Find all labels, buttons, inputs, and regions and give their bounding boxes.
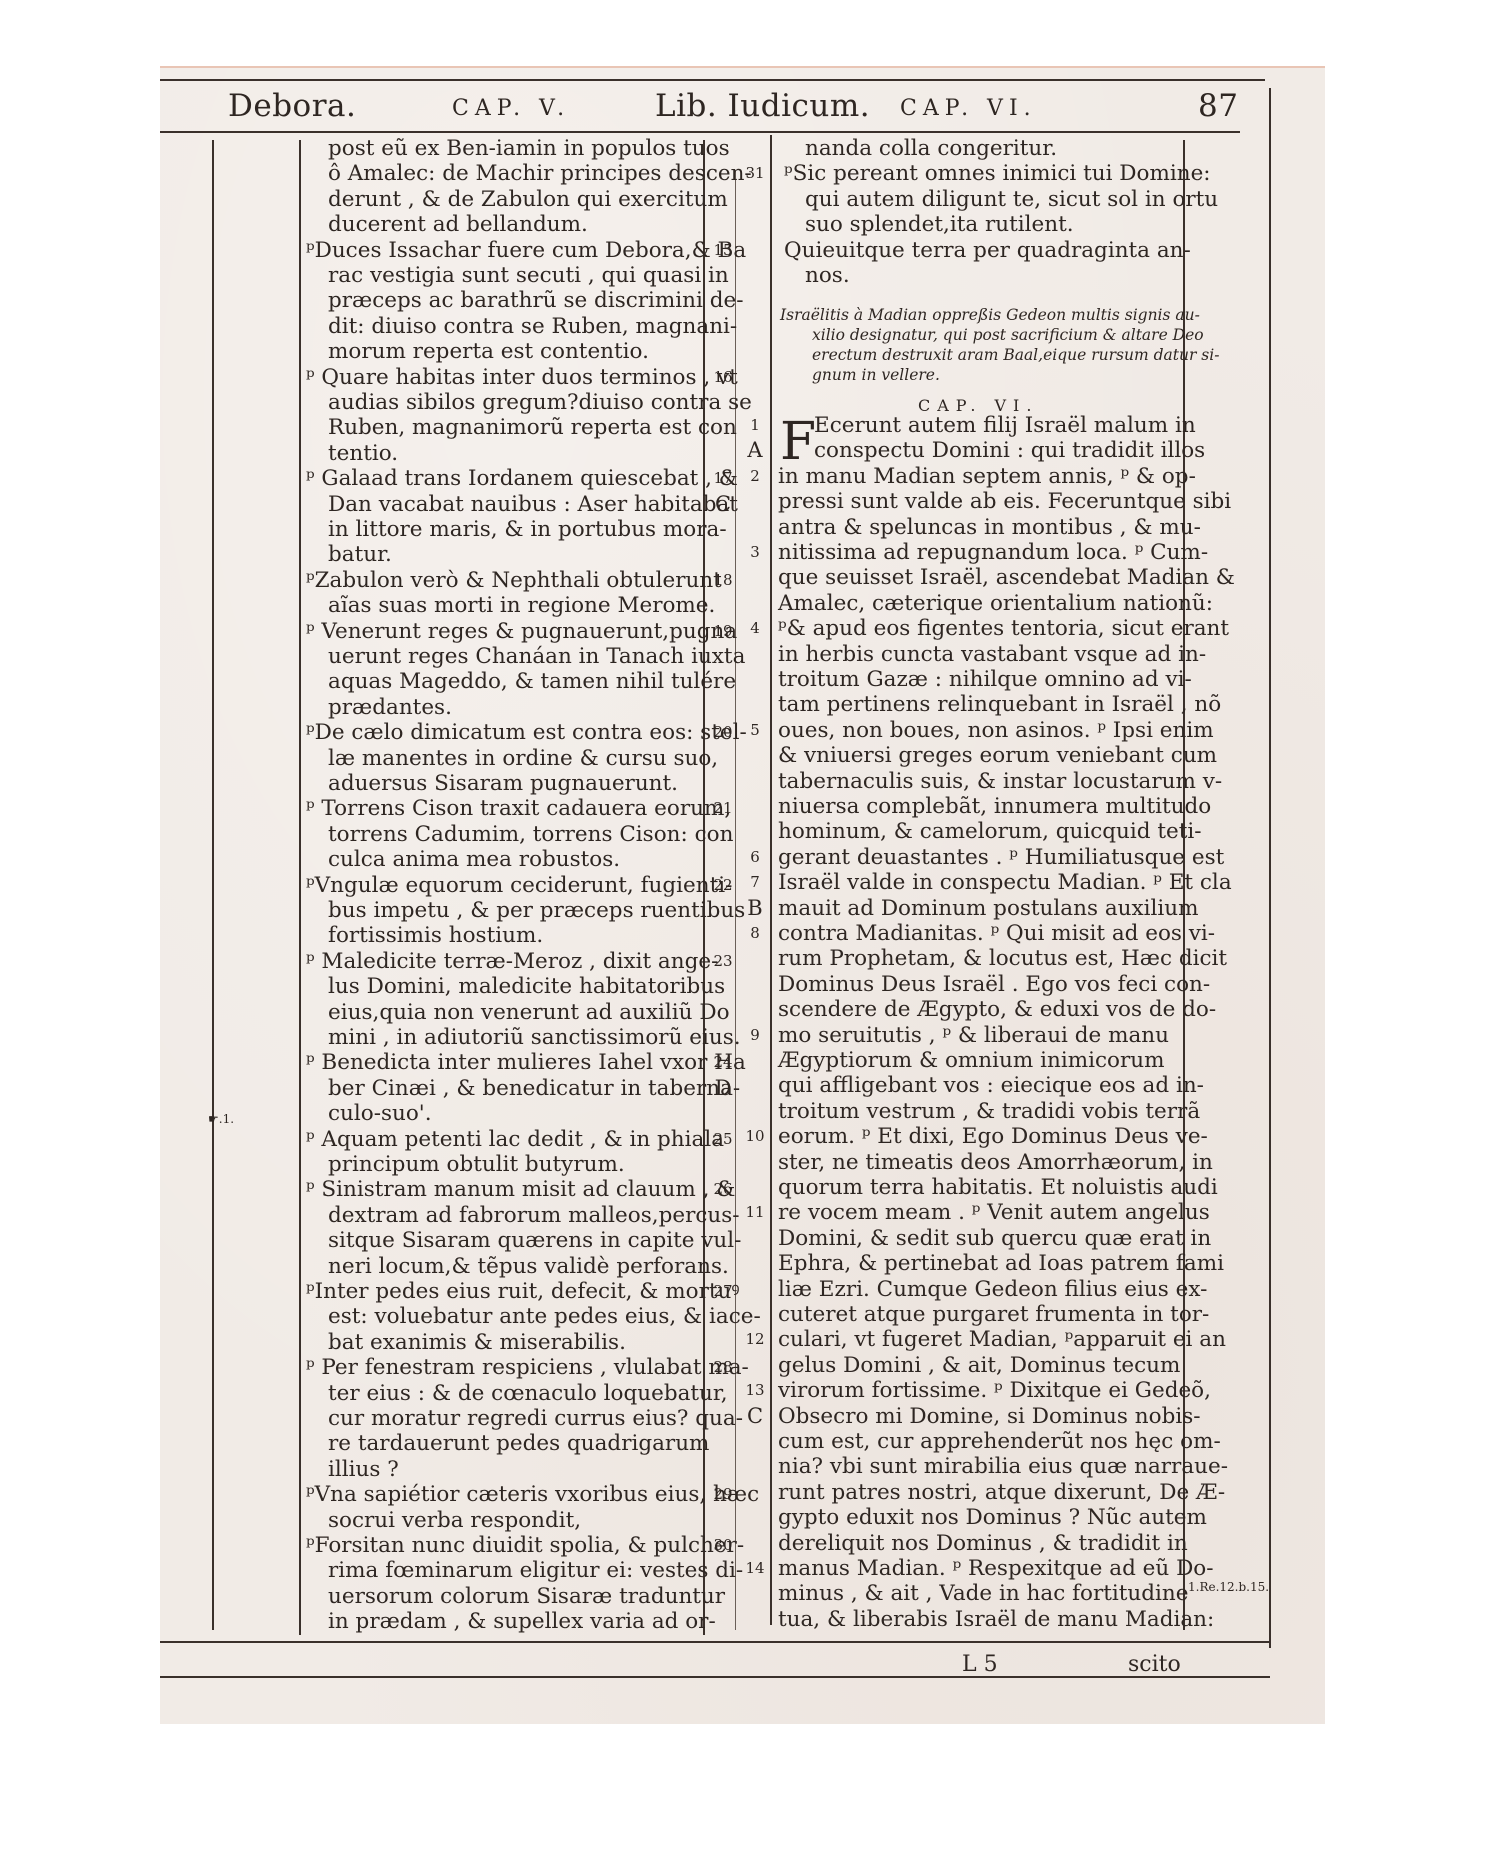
margin-note-left: ☛.1. (208, 1112, 234, 1126)
text-line: ᵖ Sinistram manum misit ad clauum , & (306, 1177, 735, 1202)
text-line: Ægyptiorum & omnium inimicorum (778, 1048, 1164, 1073)
text-line: antra & speluncas in montibus , & mu- (778, 515, 1201, 540)
text-line: post eũ ex Ben-iamin in populos tuos (328, 136, 730, 161)
text-line: ber Cinæi , & benedicatur in taberna- (328, 1076, 740, 1101)
text-line: qui affligebant vos : eiecique eos ad in… (778, 1073, 1204, 1098)
verse-number: 18 (708, 568, 738, 593)
text-line: tabernaculis suis, & instar locustarum v… (778, 769, 1222, 794)
text-line: ᵖ Quare habitas inter duos terminos , vt (306, 365, 738, 390)
text-line: Dominus Deus Israël . Ego vos feci con- (778, 972, 1210, 997)
text-line: morum reperta est contentio. (328, 339, 649, 364)
text-line: nia? vbi sunt mirabilia eius quæ narraue… (778, 1454, 1228, 1479)
text-line: rima fœminarum eligitur ei: vestes di- (328, 1558, 743, 1583)
text-line: minus , & ait , Vade in hac fortitudine (778, 1581, 1188, 1606)
text-line: runt patres nostri, atque dixerunt, De Æ… (778, 1480, 1225, 1505)
text-line: Dan vacabat nauibus : Aser habitabat (328, 492, 738, 517)
summary-line: Israëlitis à Madian oppreßis Gedeon mult… (780, 305, 1200, 325)
verse-number: 5 (740, 718, 770, 743)
text-line: derunt , & de Zabulon qui exercitum (328, 187, 728, 212)
text-line: ᵖ Benedicta inter mulieres Iahel vxor Ha (306, 1050, 746, 1075)
verse-number: 16 (708, 365, 738, 390)
text-line: Quieuitque terra per quadraginta an- (784, 238, 1191, 263)
verse-number: C (708, 492, 738, 517)
text-line: culo-suo'. (328, 1101, 432, 1126)
text-line: nitissima ad repugnandum loca. ᵖ Cum- (778, 540, 1208, 565)
verse-number: 1 (740, 413, 770, 438)
text-line: ᵖ Per fenestram respiciens , vlulabat ma… (306, 1355, 749, 1380)
text-line: troitum Gazæ : nihilque omnino ad vi- (778, 667, 1192, 692)
verse-number: 2 (740, 464, 770, 489)
text-line: re tardauerunt pedes quadrigarum (328, 1431, 709, 1456)
text-line: troitum vestrum , & tradidi vobis terrã (778, 1099, 1200, 1124)
text-line: gerant deuastantes . ᵖ Humiliatusque est (778, 845, 1224, 870)
text-line: est: voluebatur ante pedes eius, & iace- (328, 1304, 761, 1329)
summary-line: xilio designatur, qui post sacrificium &… (812, 325, 1204, 345)
text-line: aĩas suas morti in regione Merome. (328, 593, 715, 618)
verse-number: 9 (740, 1023, 770, 1048)
verse-number: 8 (740, 921, 770, 946)
running-head: Debora. CAP. V. Lib. Iudicum. CAP. VI. 8… (0, 88, 1500, 126)
text-line: eorum. ᵖ Et dixi, Ego Dominus Deus ve- (778, 1124, 1208, 1149)
text-line: culca anima mea robustos. (328, 847, 620, 872)
text-line: ᵖVna sapiétior cæteris vxoribus eius, hæ… (306, 1482, 759, 1507)
text-line: eius,quia non venerunt ad auxiliũ Do (328, 1000, 730, 1025)
text-line: gypto eduxit nos Dominus ? Nũc autem (778, 1505, 1207, 1530)
text-line: ᵖ Maledicite terræ-Meroz , dixit ange- (306, 949, 718, 974)
text-line: in herbis cuncta vastabant vsque ad in- (778, 642, 1206, 667)
signature-mark: L 5 (962, 1652, 998, 1677)
verse-number: 27 (708, 1279, 738, 1304)
text-line: qui autem diligunt te, sicut sol in ortu (805, 187, 1218, 212)
text-line: uersorum colorum Sisaræ traduntur (328, 1584, 725, 1609)
text-line: ᵖInter pedes eius ruit, defecit, & mortu… (306, 1279, 740, 1304)
verse-number: 23 (708, 949, 738, 974)
text-line: ᵖ Galaad trans Iordanem quiescebat , & (306, 466, 738, 491)
text-line: manus Madian. ᵖ Respexitque ad eũ Do- (778, 1556, 1214, 1581)
text-line: in manu Madian septem annis, ᵖ & op- (778, 464, 1196, 489)
catchword: scito (1128, 1652, 1181, 1677)
verse-number: 14 (740, 1556, 770, 1581)
verse-number: C (740, 1404, 770, 1429)
text-line: re vocem meam . ᵖ Venit autem angelus (778, 1200, 1210, 1225)
text-line: oues, non boues, non asinos. ᵖ Ipsi enim (778, 718, 1214, 743)
verse-number: 25 (708, 1127, 738, 1152)
text-line: mauit ad Dominum postulans auxilium (778, 896, 1198, 921)
text-line: bat exanimis & miserabilis. (328, 1330, 626, 1355)
text-line: ster, ne timeatis deos Amorrhæorum, in (778, 1150, 1213, 1175)
text-line: ter eius : & de cœnaculo loquebatur, (328, 1381, 728, 1406)
page-number: 87 (1198, 88, 1238, 124)
verse-number: 26 (708, 1177, 738, 1202)
running-head-right-chapter: CAP. VI. (900, 96, 1037, 121)
margin-note-right: 1.Re.12.b.15. (1188, 1580, 1269, 1594)
verse-number: B (740, 896, 770, 921)
summary-line: erectum destruxit aram Baal,eique rursum… (812, 345, 1219, 365)
text-line: ᵖDuces Issachar fuere cum Debora,& Ba (306, 238, 746, 263)
text-line: ᵖDe cælo dimicatum est contra eos: stel- (306, 720, 747, 745)
text-line: ᵖZabulon verò & Nephthali obtulerunt (306, 568, 722, 593)
text-line: liæ Ezri. Cumque Gedeon filius eius ex- (778, 1277, 1207, 1302)
text-line: præceps ac barathrũ se discrimini de- (328, 288, 744, 313)
text-line: mo seruitutis , ᵖ & liberaui de manu (778, 1023, 1169, 1048)
text-bottom-rule (160, 1641, 1270, 1643)
header-bottom-rule (160, 131, 1240, 133)
text-line: contra Madianitas. ᵖ Qui misit ad eos vi… (778, 921, 1215, 946)
text-line: suo splendet,ita rutilent. (805, 212, 1074, 237)
text-line: aquas Mageddo, & tamen nihil tulére (328, 669, 736, 694)
verse-number: 29 (708, 1482, 738, 1507)
text-line: tentio. (328, 441, 398, 466)
text-line: conspectu Domini : qui tradidit illos (814, 438, 1205, 463)
text-line: læ manentes in ordine & cursu suo, (328, 746, 718, 771)
running-head-left-title: Debora. (228, 88, 356, 124)
text-line: pressi sunt valde ab eis. Feceruntque si… (778, 489, 1231, 514)
text-line: ducerent ad bellandum. (328, 212, 588, 237)
text-line: ᵖ Venerunt reges & pugnauerunt,pugna (306, 619, 737, 644)
verse-number: 10 (740, 1124, 770, 1149)
text-line: Ruben, magnanimorũ reperta est con (328, 415, 737, 440)
left-text-border (299, 140, 301, 1635)
right-frame-line (1269, 88, 1271, 1648)
text-line: que seuisset Israël, ascendebat Madian & (778, 565, 1235, 590)
text-line: torrens Cadumim, torrens Cison: con (328, 822, 733, 847)
text-line: dit: diuiso contra se Ruben, magnani- (328, 314, 737, 339)
verse-number: 4 (740, 616, 770, 641)
text-line: rac vestigia sunt secuti , qui quasi in (328, 263, 729, 288)
text-line: uerunt reges Chanáan in Tanach iuxta (328, 644, 745, 669)
text-line: Obsecro mi Domine, si Dominus nobis- (778, 1404, 1201, 1429)
text-line: culari, vt fugeret Madian, ᵖapparuit ei … (778, 1327, 1226, 1352)
text-line: dereliquit nos Dominus , & tradidit in (778, 1531, 1188, 1556)
verse-number: 3 (740, 540, 770, 565)
summary-line: gnum in vellere. (812, 365, 940, 385)
text-line: principum obtulit butyrum. (328, 1152, 625, 1177)
text-line: in littore maris, & in portubus mora- (328, 517, 727, 542)
drop-cap: F (780, 417, 816, 467)
verse-number: 19 (708, 619, 738, 644)
text-line: Ephra, & pertinebat ad Ioas patrem fami (778, 1251, 1224, 1276)
verse-number: 22 (708, 873, 738, 898)
running-head-book-title: Lib. Iudicum. (655, 88, 870, 124)
text-line: & vniuersi greges eorum veniebant cum (778, 743, 1217, 768)
verse-number: 15 (708, 238, 738, 263)
text-line: cur moratur regredi currus eius? qua- (328, 1406, 743, 1431)
text-line: virorum fortissime. ᵖ Dixitque ei Gedeõ, (778, 1378, 1211, 1403)
text-line: bus impetu , & per præceps ruentibus (328, 898, 745, 923)
verse-number: 21 (708, 796, 738, 821)
text-line: nos. (805, 263, 850, 288)
text-line: neri locum,& tẽpus validè perforans. (328, 1254, 729, 1279)
verse-number: 31 (740, 161, 770, 186)
text-line: lus Domini, maledicite habitatoribus (328, 974, 725, 999)
verse-number: 17 (708, 466, 738, 491)
left-frame-line (212, 140, 214, 1630)
right-verse-column-border (770, 135, 772, 1625)
verse-number: 30 (708, 1533, 738, 1558)
text-line: mini , in adiutoriũ sanctissimorũ eius. (328, 1025, 741, 1050)
text-line: audias sibilos gregum?diuiso contra se (328, 390, 752, 415)
text-line: tua, & liberabis Israël de manu Madian: (778, 1607, 1214, 1632)
text-line: nanda colla congeritur. (805, 136, 1057, 161)
verse-number: 7 (740, 870, 770, 895)
text-line: ᵖForsitan nunc diuidit spolia, & pulcher… (306, 1533, 744, 1558)
verse-number: 6 (740, 845, 770, 870)
text-line: ᵖ Aquam petenti lac dedit , & in phiala (306, 1127, 724, 1152)
top-rule (160, 79, 1265, 81)
text-line: aduersus Sisaram pugnauerunt. (328, 771, 678, 796)
verse-number: 20 (708, 720, 738, 745)
text-line: niuersa complebãt, innumera multitudo (778, 794, 1211, 819)
text-line: ᵖ Torrens Cison traxit cadauera eorum, (306, 796, 731, 821)
verse-number: 24 (708, 1050, 738, 1075)
text-line: gelus Domini , & ait, Dominus tecum (778, 1353, 1180, 1378)
text-line: batur. (328, 542, 392, 567)
verse-number: 28 (708, 1355, 738, 1380)
text-line: rum Prophetam, & locutus est, Hæc dicit (778, 946, 1227, 971)
text-line: scendere de Ægypto, & eduxi vos de do- (778, 997, 1216, 1022)
text-line: tam pertinens relinquebant in Israël , n… (778, 692, 1221, 717)
verse-number: 12 (740, 1327, 770, 1352)
text-line: ô Amalec: de Machir principes descen- (328, 161, 752, 186)
text-line: quorum terra habitatis. Et noluistis aud… (778, 1175, 1218, 1200)
text-line: Israël valde in conspectu Madian. ᵖ Et c… (778, 870, 1232, 895)
text-line: cum est, cur apprehenderũt nos hęc om- (778, 1429, 1221, 1454)
verse-number: 11 (740, 1200, 770, 1225)
text-line: hominum, & camelorum, quicquid teti- (778, 819, 1202, 844)
verse-number: A (740, 438, 770, 463)
text-line: cuteret atque purgaret frumenta in tor- (778, 1302, 1209, 1327)
verse-number: 13 (740, 1378, 770, 1403)
text-line: Domini, & sedit sub quercu quæ erat in (778, 1226, 1211, 1251)
text-line: fortissimis hostium. (328, 923, 543, 948)
running-head-left-chapter: CAP. V. (452, 96, 570, 121)
text-line: illius ? (328, 1457, 399, 1482)
text-line: prædantes. (328, 695, 452, 720)
text-line: dextram ad fabrorum malleos,percus- (328, 1203, 740, 1228)
text-line: ᵖSic pereant omnes inimici tui Domine: (784, 161, 1211, 186)
text-line: socrui verba respondit, (328, 1508, 581, 1533)
text-line: Ecerunt autem filij Israël malum in (814, 413, 1196, 438)
verse-number: D (708, 1076, 738, 1101)
footer-bottom-rule (160, 1676, 1270, 1678)
text-line: ᵖ& apud eos figentes tentoria, sicut era… (778, 616, 1229, 641)
text-line: ᵖVngulæ equorum ceciderunt, fugienti- (306, 873, 732, 898)
text-line: sitque Sisaram quærens in capite vul- (328, 1228, 741, 1253)
text-line: in prædam , & supellex varia ad or- (328, 1609, 716, 1634)
text-line: Amalec, cæterique orientalium nationũ: (778, 591, 1213, 616)
